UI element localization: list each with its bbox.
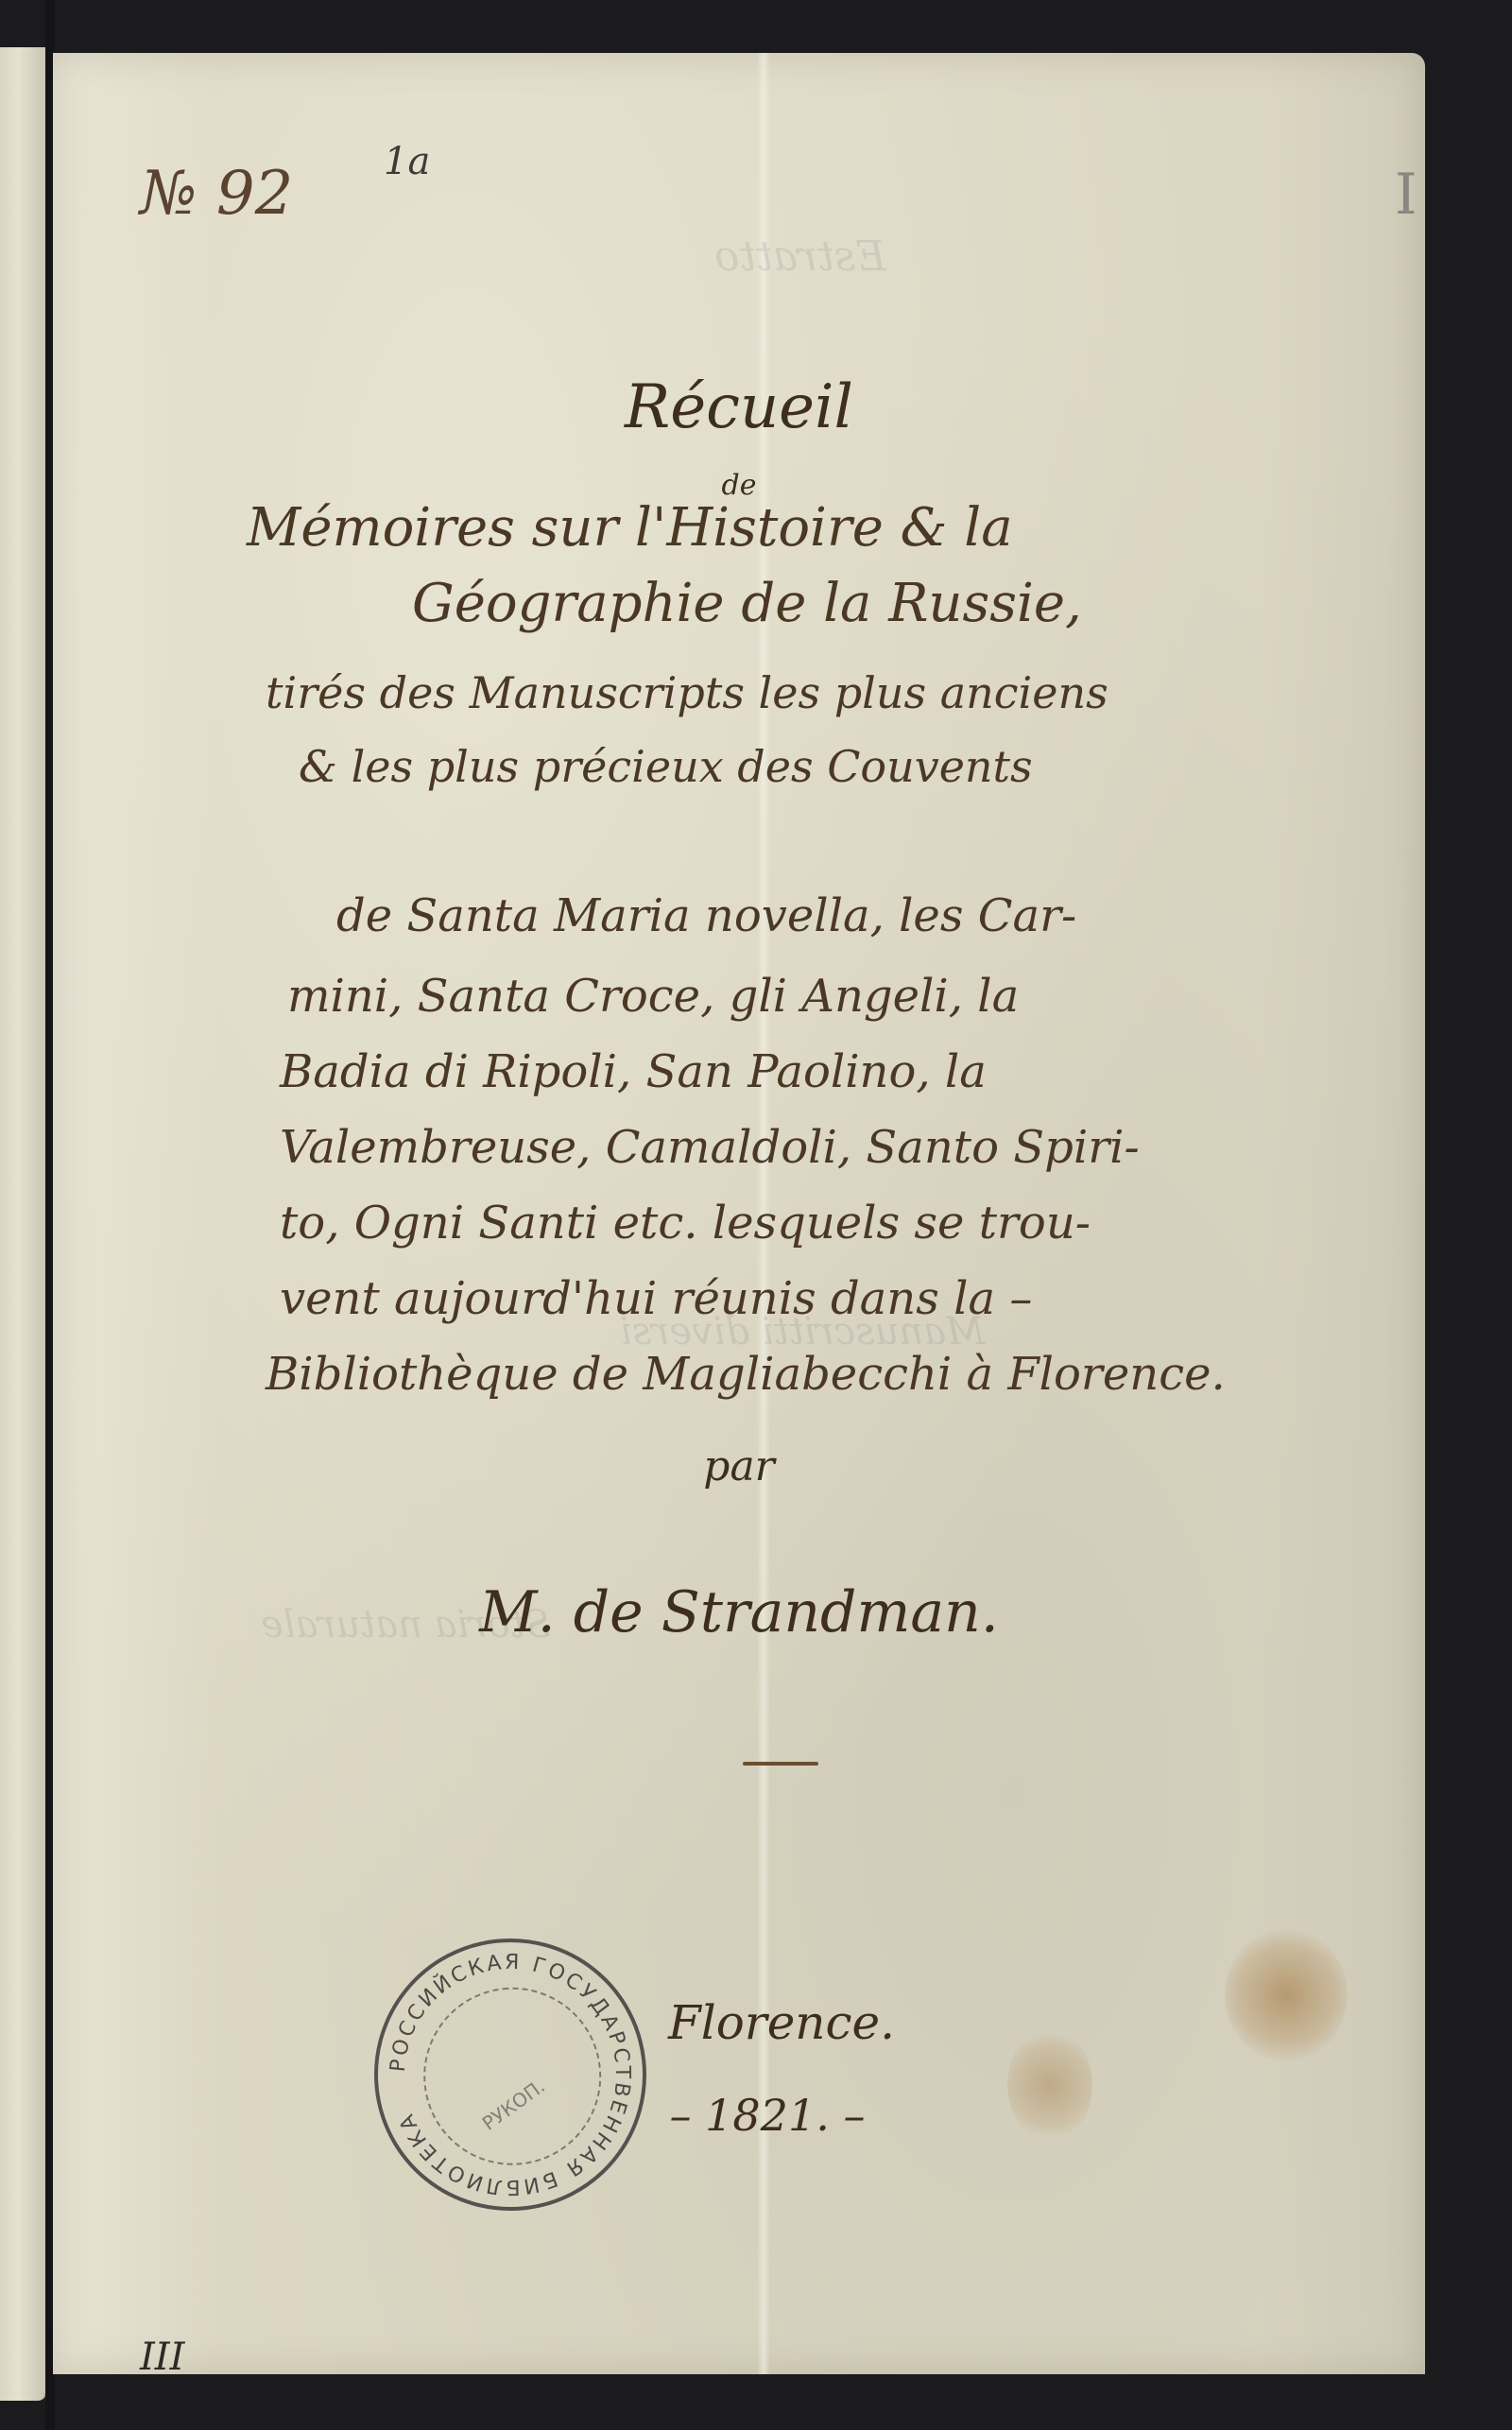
bottom-mark: III <box>140 2335 184 2379</box>
page-title: Récueil <box>53 372 1425 442</box>
place-of-writing: Florence. <box>53 1995 1425 2050</box>
pencil-mark: I <box>1395 162 1417 228</box>
title-line: Géographie de la Russie, <box>412 573 1082 634</box>
year: – 1821. – <box>53 2090 1425 2141</box>
catalog-number: № 92 <box>140 159 293 229</box>
title-line: Bibliothèque de Magliabecchi à Florence. <box>266 1348 1226 1401</box>
title-line: de Santa Maria novella, les Car- <box>336 889 1076 942</box>
show-through-text: Estratto <box>714 233 886 281</box>
folio-mark: 1a <box>384 140 430 183</box>
library-stamp: РОССИЙСКАЯ ГОСУДАРСТВЕННАЯ БИБЛИОТЕКА РУ… <box>361 1925 661 2225</box>
title-line: tirés des Manuscripts les plus anciens <box>266 667 1108 718</box>
separator-rule <box>743 1762 818 1766</box>
by-line: par <box>53 1442 1425 1491</box>
manuscript-page: Estratto Manuscritti diversi Storia natu… <box>53 53 1425 2374</box>
title-line: Badia di Ripoli, San Paolino, la <box>280 1045 987 1098</box>
title-line: Mémoires sur l'Histoire & la <box>247 497 1013 559</box>
binding-strip <box>0 47 47 2401</box>
author-name: M. de Strandman. <box>53 1579 1425 1646</box>
title-line: vent aujourd'hui réunis dans la – <box>280 1272 1032 1325</box>
title-line: Valembreuse, Camaldoli, Santo Spiri- <box>280 1121 1140 1174</box>
title-line: to, Ogni Santi etc. lesquels se trou- <box>280 1197 1091 1249</box>
title-line: & les plus précieux des Couvents <box>299 741 1033 792</box>
title-line: mini, Santa Croce, gli Angeli, la <box>287 970 1019 1023</box>
